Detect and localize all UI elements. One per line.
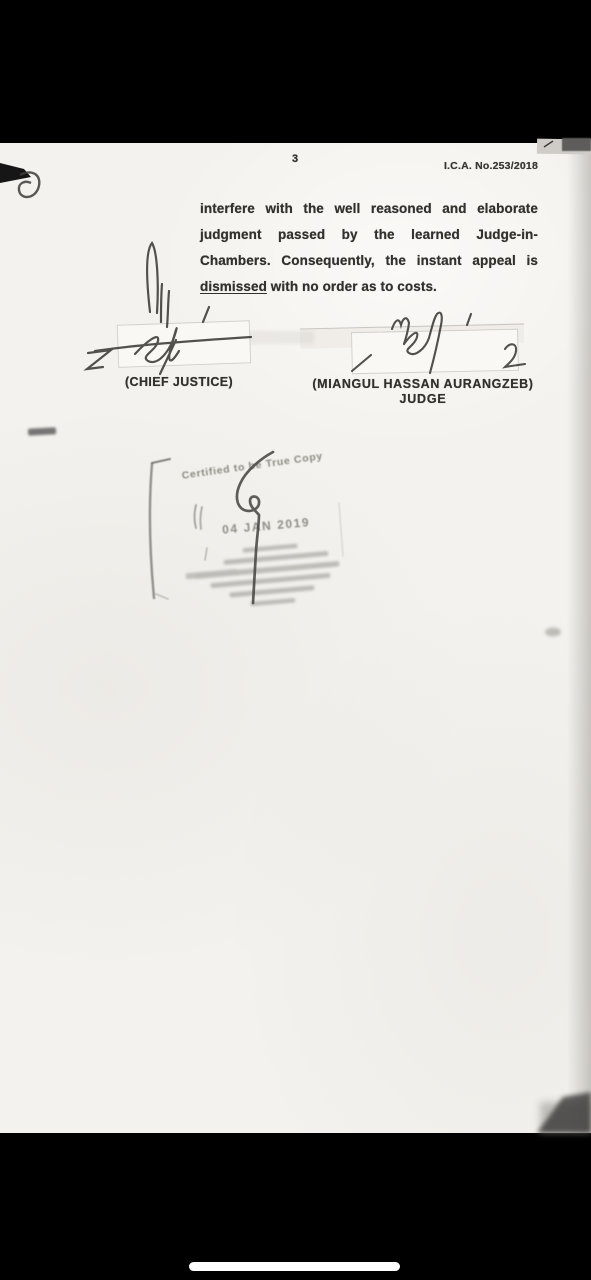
judgment-paragraph: interfere with the well reasoned and ela… bbox=[200, 199, 538, 303]
dismissed-word: dismissed bbox=[200, 279, 267, 294]
case-number: I.C.A. No.253/2018 bbox=[419, 160, 538, 172]
page-right-edge bbox=[567, 143, 591, 1133]
judge-name-label: (MIANGUL HASSAN AURANGZEB) bbox=[298, 377, 548, 391]
stamp-date: 04 JAN 2019 bbox=[222, 515, 311, 537]
paragraph-line: dismissed with no order as to costs. bbox=[200, 277, 538, 303]
home-indicator[interactable] bbox=[189, 1262, 400, 1271]
phone-screen: 3 I.C.A. No.253/2018 interfere with the … bbox=[0, 0, 591, 1280]
paragraph-line: Chambers. Consequently, the instant appe… bbox=[200, 251, 538, 277]
paragraph-line-rest: with no order as to costs. bbox=[267, 279, 437, 294]
chief-justice-label: (CHIEF JUSTICE) bbox=[106, 375, 252, 389]
document-page: 3 I.C.A. No.253/2018 interfere with the … bbox=[0, 143, 591, 1133]
judge-title-label: JUDGE bbox=[298, 392, 548, 406]
paragraph-line: interfere with the well reasoned and ela… bbox=[200, 199, 538, 225]
stamp-certified-text: Certified to be True Copy bbox=[181, 446, 351, 482]
page-number: 3 bbox=[285, 153, 305, 165]
bottom-letterbox-bar bbox=[0, 1133, 591, 1280]
top-letterbox-bar bbox=[0, 0, 591, 143]
paragraph-line: judgment passed by the learned Judge-in- bbox=[200, 225, 538, 251]
